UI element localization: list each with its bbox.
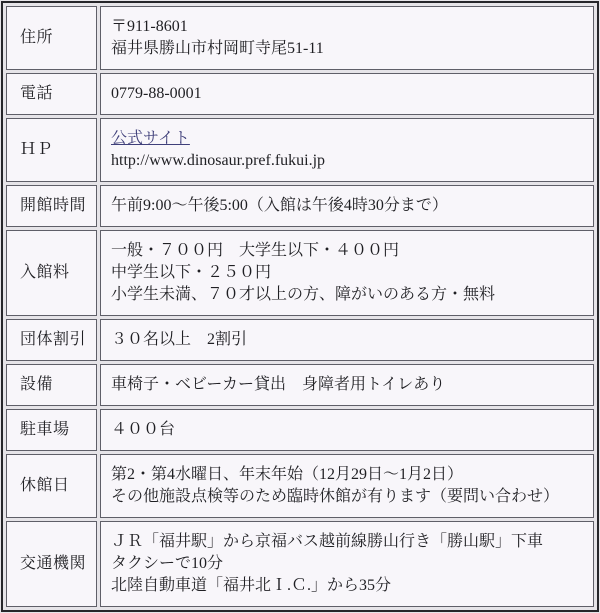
row-label: 交通機関 xyxy=(6,521,97,607)
value-line: ４００台 xyxy=(111,419,583,441)
value-line: 北陸自動車道「福井北Ｉ.Ｃ.」から35分 xyxy=(111,575,583,597)
row-value: ３０名以上 2割引 xyxy=(100,319,594,361)
table-row: 設備車椅子・ベビーカー貸出 身障者用トイレあり xyxy=(6,364,594,406)
row-label: 駐車場 xyxy=(6,409,97,451)
row-value: 車椅子・ベビーカー貸出 身障者用トイレあり xyxy=(100,364,594,406)
value-line: 公式サイト xyxy=(111,128,583,150)
value-line: 第2・第4水曜日、年末年始（12月29日～1月2日） xyxy=(111,464,583,486)
row-value: ４００台 xyxy=(100,409,594,451)
value-line: 福井県勝山市村岡町寺尾51-11 xyxy=(111,38,583,60)
row-value: 一般・７００円 大学生以下・４００円中学生以下・２５０円小学生未満、７０才以上の… xyxy=(100,230,594,316)
table-row: 交通機関ＪＲ「福井駅」から京福バス越前線勝山行き「勝山駅」下車タクシーで10分北… xyxy=(6,521,594,607)
row-value: ＪＲ「福井駅」から京福バス越前線勝山行き「勝山駅」下車タクシーで10分北陸自動車… xyxy=(100,521,594,607)
facility-info-table: 住所〒911-8601福井県勝山市村岡町寺尾51-11電話0779-88-000… xyxy=(1,1,599,612)
info-table-body: 住所〒911-8601福井県勝山市村岡町寺尾51-11電話0779-88-000… xyxy=(6,6,594,607)
value-line: ３０名以上 2割引 xyxy=(111,329,583,351)
row-value: 公式サイトhttp://www.dinosaur.pref.fukui.jp xyxy=(100,118,594,182)
row-value: 第2・第4水曜日、年末年始（12月29日～1月2日）その他施設点検等のため臨時休… xyxy=(100,454,594,518)
row-value: 〒911-8601福井県勝山市村岡町寺尾51-11 xyxy=(100,6,594,70)
row-label: 住所 xyxy=(6,6,97,70)
value-line: タクシーで10分 xyxy=(111,553,583,575)
table-row: 休館日第2・第4水曜日、年末年始（12月29日～1月2日）その他施設点検等のため… xyxy=(6,454,594,518)
table-row: 入館料一般・７００円 大学生以下・４００円中学生以下・２５０円小学生未満、７０才… xyxy=(6,230,594,316)
row-label: 電話 xyxy=(6,73,97,115)
value-line: 午前9:00～午後5:00（入館は午後4時30分まで） xyxy=(111,195,583,217)
table-row: 駐車場４００台 xyxy=(6,409,594,451)
table-row: 開館時間午前9:00～午後5:00（入館は午後4時30分まで） xyxy=(6,185,594,227)
value-line: 一般・７００円 大学生以下・４００円 xyxy=(111,240,583,262)
value-line: 車椅子・ベビーカー貸出 身障者用トイレあり xyxy=(111,374,583,396)
table-row: 電話0779-88-0001 xyxy=(6,73,594,115)
table-row: 団体割引３０名以上 2割引 xyxy=(6,319,594,361)
official-site-link[interactable]: 公式サイト xyxy=(111,130,190,147)
page-background: 住所〒911-8601福井県勝山市村岡町寺尾51-11電話0779-88-000… xyxy=(0,0,600,613)
value-line: 中学生以下・２５０円 xyxy=(111,262,583,284)
value-line: その他施設点検等のため臨時休館が有ります（要問い合わせ） xyxy=(111,486,583,508)
row-label: 開館時間 xyxy=(6,185,97,227)
value-line: 0779-88-0001 xyxy=(111,83,583,105)
row-label: 休館日 xyxy=(6,454,97,518)
row-value: 午前9:00～午後5:00（入館は午後4時30分まで） xyxy=(100,185,594,227)
row-value: 0779-88-0001 xyxy=(100,73,594,115)
value-line: ＪＲ「福井駅」から京福バス越前線勝山行き「勝山駅」下車 xyxy=(111,531,583,553)
table-row: ＨＰ公式サイトhttp://www.dinosaur.pref.fukui.jp xyxy=(6,118,594,182)
value-line: http://www.dinosaur.pref.fukui.jp xyxy=(111,150,583,172)
value-line: 〒911-8601 xyxy=(111,16,583,38)
row-label: 団体割引 xyxy=(6,319,97,361)
row-label: ＨＰ xyxy=(6,118,97,182)
value-line: 小学生未満、７０才以上の方、障がいのある方・無料 xyxy=(111,284,583,306)
table-row: 住所〒911-8601福井県勝山市村岡町寺尾51-11 xyxy=(6,6,594,70)
row-label: 設備 xyxy=(6,364,97,406)
row-label: 入館料 xyxy=(6,230,97,316)
